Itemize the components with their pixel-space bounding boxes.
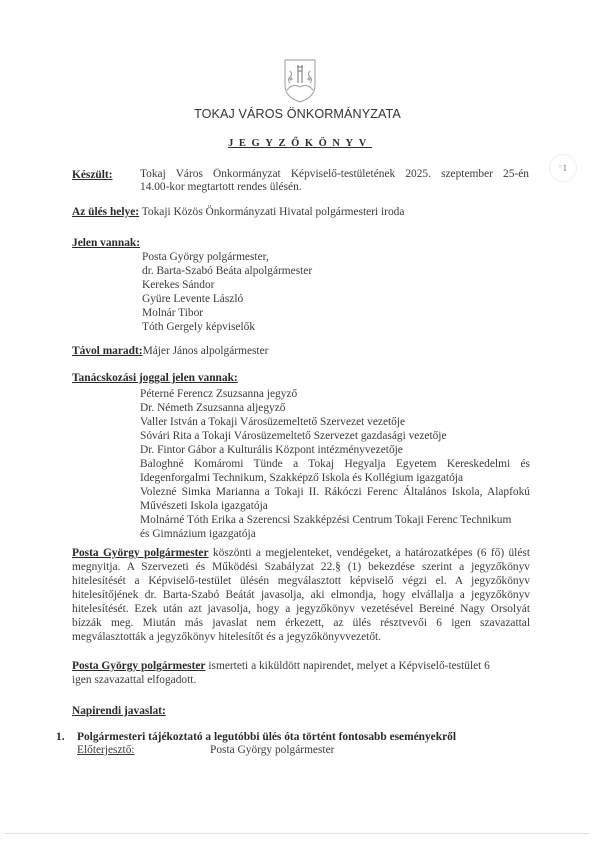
list-item-continuation: Idegenforgalmi Technikum, Szakképző Isko… — [140, 471, 530, 485]
present-list: Posta György polgármester, dr. Barta-Sza… — [142, 250, 312, 334]
list-item: dr. Barta-Szabó Beáta alpolgármester — [142, 264, 312, 278]
paragraph-line: hitelesítését. Ezek után azt javasolja, … — [72, 602, 530, 616]
list-item: Sóvári Rita a Tokaji Városüzemeltető Sze… — [140, 429, 530, 443]
created-line: 14.00-kor megtartott rendes ülésén. — [140, 181, 529, 194]
list-item: Baloghné Komáromi Tünde a Tokaj Hegyalja… — [140, 457, 530, 471]
created-line: Tokaj Város Önkormányzat Képviselő-testü… — [140, 168, 529, 181]
agenda-item-presenter-label: Előterjesztő: — [77, 743, 135, 757]
absent-row: Távol maradt:Májer János alpolgármester — [72, 344, 268, 358]
list-item-continuation: és Gimnázium igazgatója — [140, 527, 530, 541]
organization-name: TOKAJ VÁROS ÖNKORMÁNYZATA — [0, 107, 595, 121]
paragraph-line: Posta György polgármester köszönti a meg… — [72, 546, 530, 560]
created-value: Tokaj Város Önkormányzat Képviselő-testü… — [140, 168, 529, 193]
paragraph-line: igen szavazattal elfogadott. — [72, 673, 490, 687]
advisory-list: Péterné Ferencz Zsuzsanna jegyző Dr. Ném… — [140, 387, 530, 541]
paragraph-line: megnyitja. A Szervezeti és Működési Szab… — [72, 560, 530, 574]
paragraph-line: bízzák meg. Miután más javaslat nem érke… — [72, 616, 530, 630]
list-item: Posta György polgármester, — [142, 250, 312, 264]
speaker-name: Posta György polgármester — [72, 547, 209, 559]
list-item: Valler István a Tokaji Városüzemeltető S… — [140, 415, 530, 429]
paragraph-line: megválasztották a jegyzőkönyv hitelesítő… — [72, 630, 530, 644]
page-stamp: 1 — [549, 154, 577, 182]
agenda-item-presenter: Posta György polgármester — [210, 743, 334, 757]
paragraph-text: ismerteti a kiküldött napirendet, melyet… — [208, 660, 490, 672]
agenda-heading: Napirendi javaslat: — [72, 704, 166, 718]
list-item: Kerekes Sándor — [142, 278, 312, 292]
absent-value: Májer János alpolgármester — [143, 345, 269, 357]
agenda-item-title: Polgármesteri tájékoztató a legutóbbi ül… — [77, 730, 456, 744]
document-title: JEGYZŐKÖNYV — [0, 138, 595, 149]
list-item: Molnár Tibor — [142, 306, 312, 320]
paragraph-text: köszönti a megjelenteket, vendégeket, a … — [213, 547, 530, 559]
list-item: Volezné Simka Marianna a Tokaji II. Rákó… — [140, 485, 530, 499]
list-item: Dr. Fintor Gábor a Kulturális Központ in… — [140, 443, 530, 457]
location-value: Tokaji Közös Önkormányzati Hivatal polgá… — [142, 206, 405, 218]
location-label: Az ülés helye: — [72, 206, 139, 218]
list-item: Péterné Ferencz Zsuzsanna jegyző — [140, 387, 530, 401]
agenda-item-number: 1. — [56, 730, 65, 744]
paragraph-line: Posta György polgármester ismerteti a ki… — [72, 659, 490, 673]
list-item-continuation: Művészeti Iskola igazgatója — [140, 499, 530, 513]
list-item: Gyüre Levente László — [142, 292, 312, 306]
paragraph-line: hitelesítőjének dr. Barta-Szabó Beátát j… — [72, 588, 530, 602]
list-item: Dr. Németh Zsuzsanna aljegyző — [140, 401, 530, 415]
list-item: Molnárné Tóth Erika a Szerencsi Szakképz… — [140, 513, 530, 527]
created-label: Készült: — [72, 168, 113, 182]
agenda-approval-paragraph: Posta György polgármester ismerteti a ki… — [72, 659, 490, 687]
absent-label: Távol maradt: — [72, 345, 143, 357]
present-label: Jelen vannak: — [72, 236, 140, 250]
scan-edge-divider — [4, 833, 590, 834]
opening-paragraph: Posta György polgármester köszönti a meg… — [72, 546, 530, 644]
list-item: Tóth Gergely képviselők — [142, 320, 312, 334]
coat-of-arms-icon — [282, 57, 318, 104]
document-title-text: JEGYZŐKÖNYV — [223, 138, 372, 149]
paragraph-line: hitelesítését a Képviselő-testület ülésé… — [72, 574, 530, 588]
advisory-label: Tanácskozási joggal jelen vannak: — [72, 371, 238, 385]
location-row: Az ülés helye: Tokaji Közös Önkormányzat… — [72, 205, 404, 219]
speaker-name: Posta György polgármester — [72, 660, 206, 672]
